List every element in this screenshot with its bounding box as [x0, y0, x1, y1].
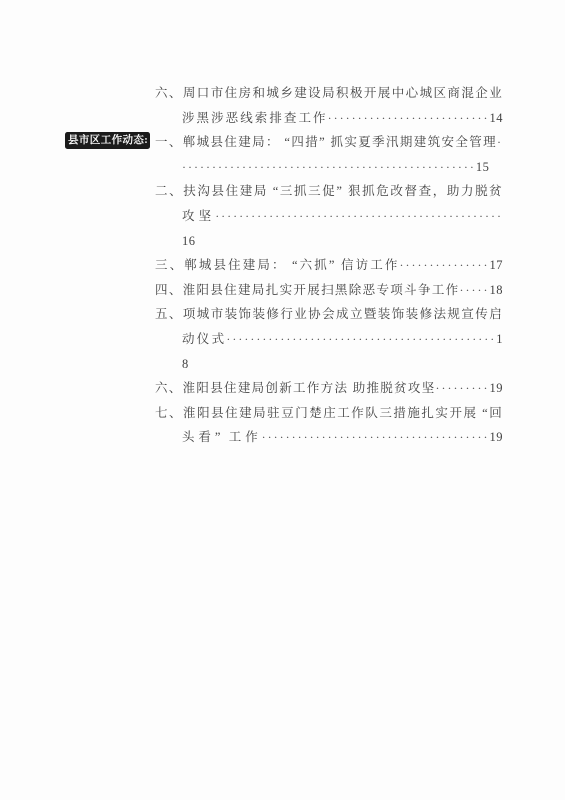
entry-page-number: 19	[490, 381, 504, 395]
entry-page-number: 15	[476, 160, 490, 174]
entry-number: 七、	[155, 406, 183, 420]
toc-list: 六、周口市住房和城乡建设局积极开展中心城区商混企业涉黑涉恶线索排查工作·····…	[155, 81, 503, 450]
toc-entry: 一、郸城县住建局： “四措” 抓实夏季汛期建筑安全管理·············…	[155, 130, 503, 179]
entry-number: 四、	[155, 283, 183, 297]
toc-entry: 六、周口市住房和城乡建设局积极开展中心城区商混企业涉黑涉恶线索排查工作·····…	[155, 81, 503, 130]
toc-entry: 六、淮阳县住建局创新工作方法 助推脱贫攻坚·········19	[155, 376, 503, 401]
dot-leader: ···························	[328, 111, 490, 125]
toc-section: 县市区工作动态:一、郸城县住建局： “四措” 抓实夏季汛期建筑安全管理·····…	[155, 130, 503, 450]
entry-number: 二、	[155, 184, 183, 198]
entry-page-number: 16	[182, 234, 196, 248]
entry-number: 一、	[155, 135, 183, 149]
entry-number: 五、	[155, 307, 183, 321]
dot-leader: ·····	[460, 283, 490, 297]
entry-number: 六、	[155, 86, 183, 100]
toc-entry: 七、淮阳县住建局驻豆门楚庄工作队三措施扎实开展 “回头看” 工作········…	[155, 401, 503, 450]
entry-number: 六、	[155, 381, 183, 395]
dot-leader: ········································…	[215, 209, 503, 223]
entry-page-number: 14	[490, 111, 504, 125]
toc-entry: 三、郸城县住建局： “六抓” 信访工作···············17	[155, 253, 503, 278]
dot-leader: ········································…	[226, 332, 496, 346]
entry-title: 淮阳县住建局扎实开展扫黑除恶专项斗争工作	[183, 283, 460, 297]
toc-section: 六、周口市住房和城乡建设局积极开展中心城区商混企业涉黑涉恶线索排查工作·····…	[155, 81, 503, 130]
entry-title: 郸城县住建局： “四措” 抓实夏季汛期建筑安全管理	[183, 135, 497, 149]
entry-page-number: 19	[490, 430, 504, 444]
dot-leader: ·········	[436, 381, 490, 395]
toc-entry: 五、项城市装饰装修行业协会成立暨装饰装修法规宣传启动仪式············…	[155, 302, 503, 376]
entry-title: 淮阳县住建局创新工作方法 助推脱贫攻坚	[183, 381, 436, 395]
document-page: 六、周口市住房和城乡建设局积极开展中心城区商混企业涉黑涉恶线索排查工作·····…	[0, 0, 565, 800]
entry-title: 郸城县住建局： “六抓” 信访工作	[184, 258, 399, 272]
toc-entry: 二、扶沟县住建局 “三抓三促” 狠抓危改督查，助力脱贫攻坚···········…	[155, 179, 503, 253]
entry-page-number: 17	[490, 258, 504, 272]
dot-leader: ······································	[262, 430, 490, 444]
entry-page-number: 18	[489, 283, 503, 297]
toc-entry: 四、淮阳县住建局扎实开展扫黑除恶专项斗争工作·····18	[155, 278, 503, 303]
entry-number: 三、	[155, 258, 184, 272]
section-label: 县市区工作动态:	[65, 132, 150, 149]
dot-leader: ···············	[400, 258, 490, 272]
